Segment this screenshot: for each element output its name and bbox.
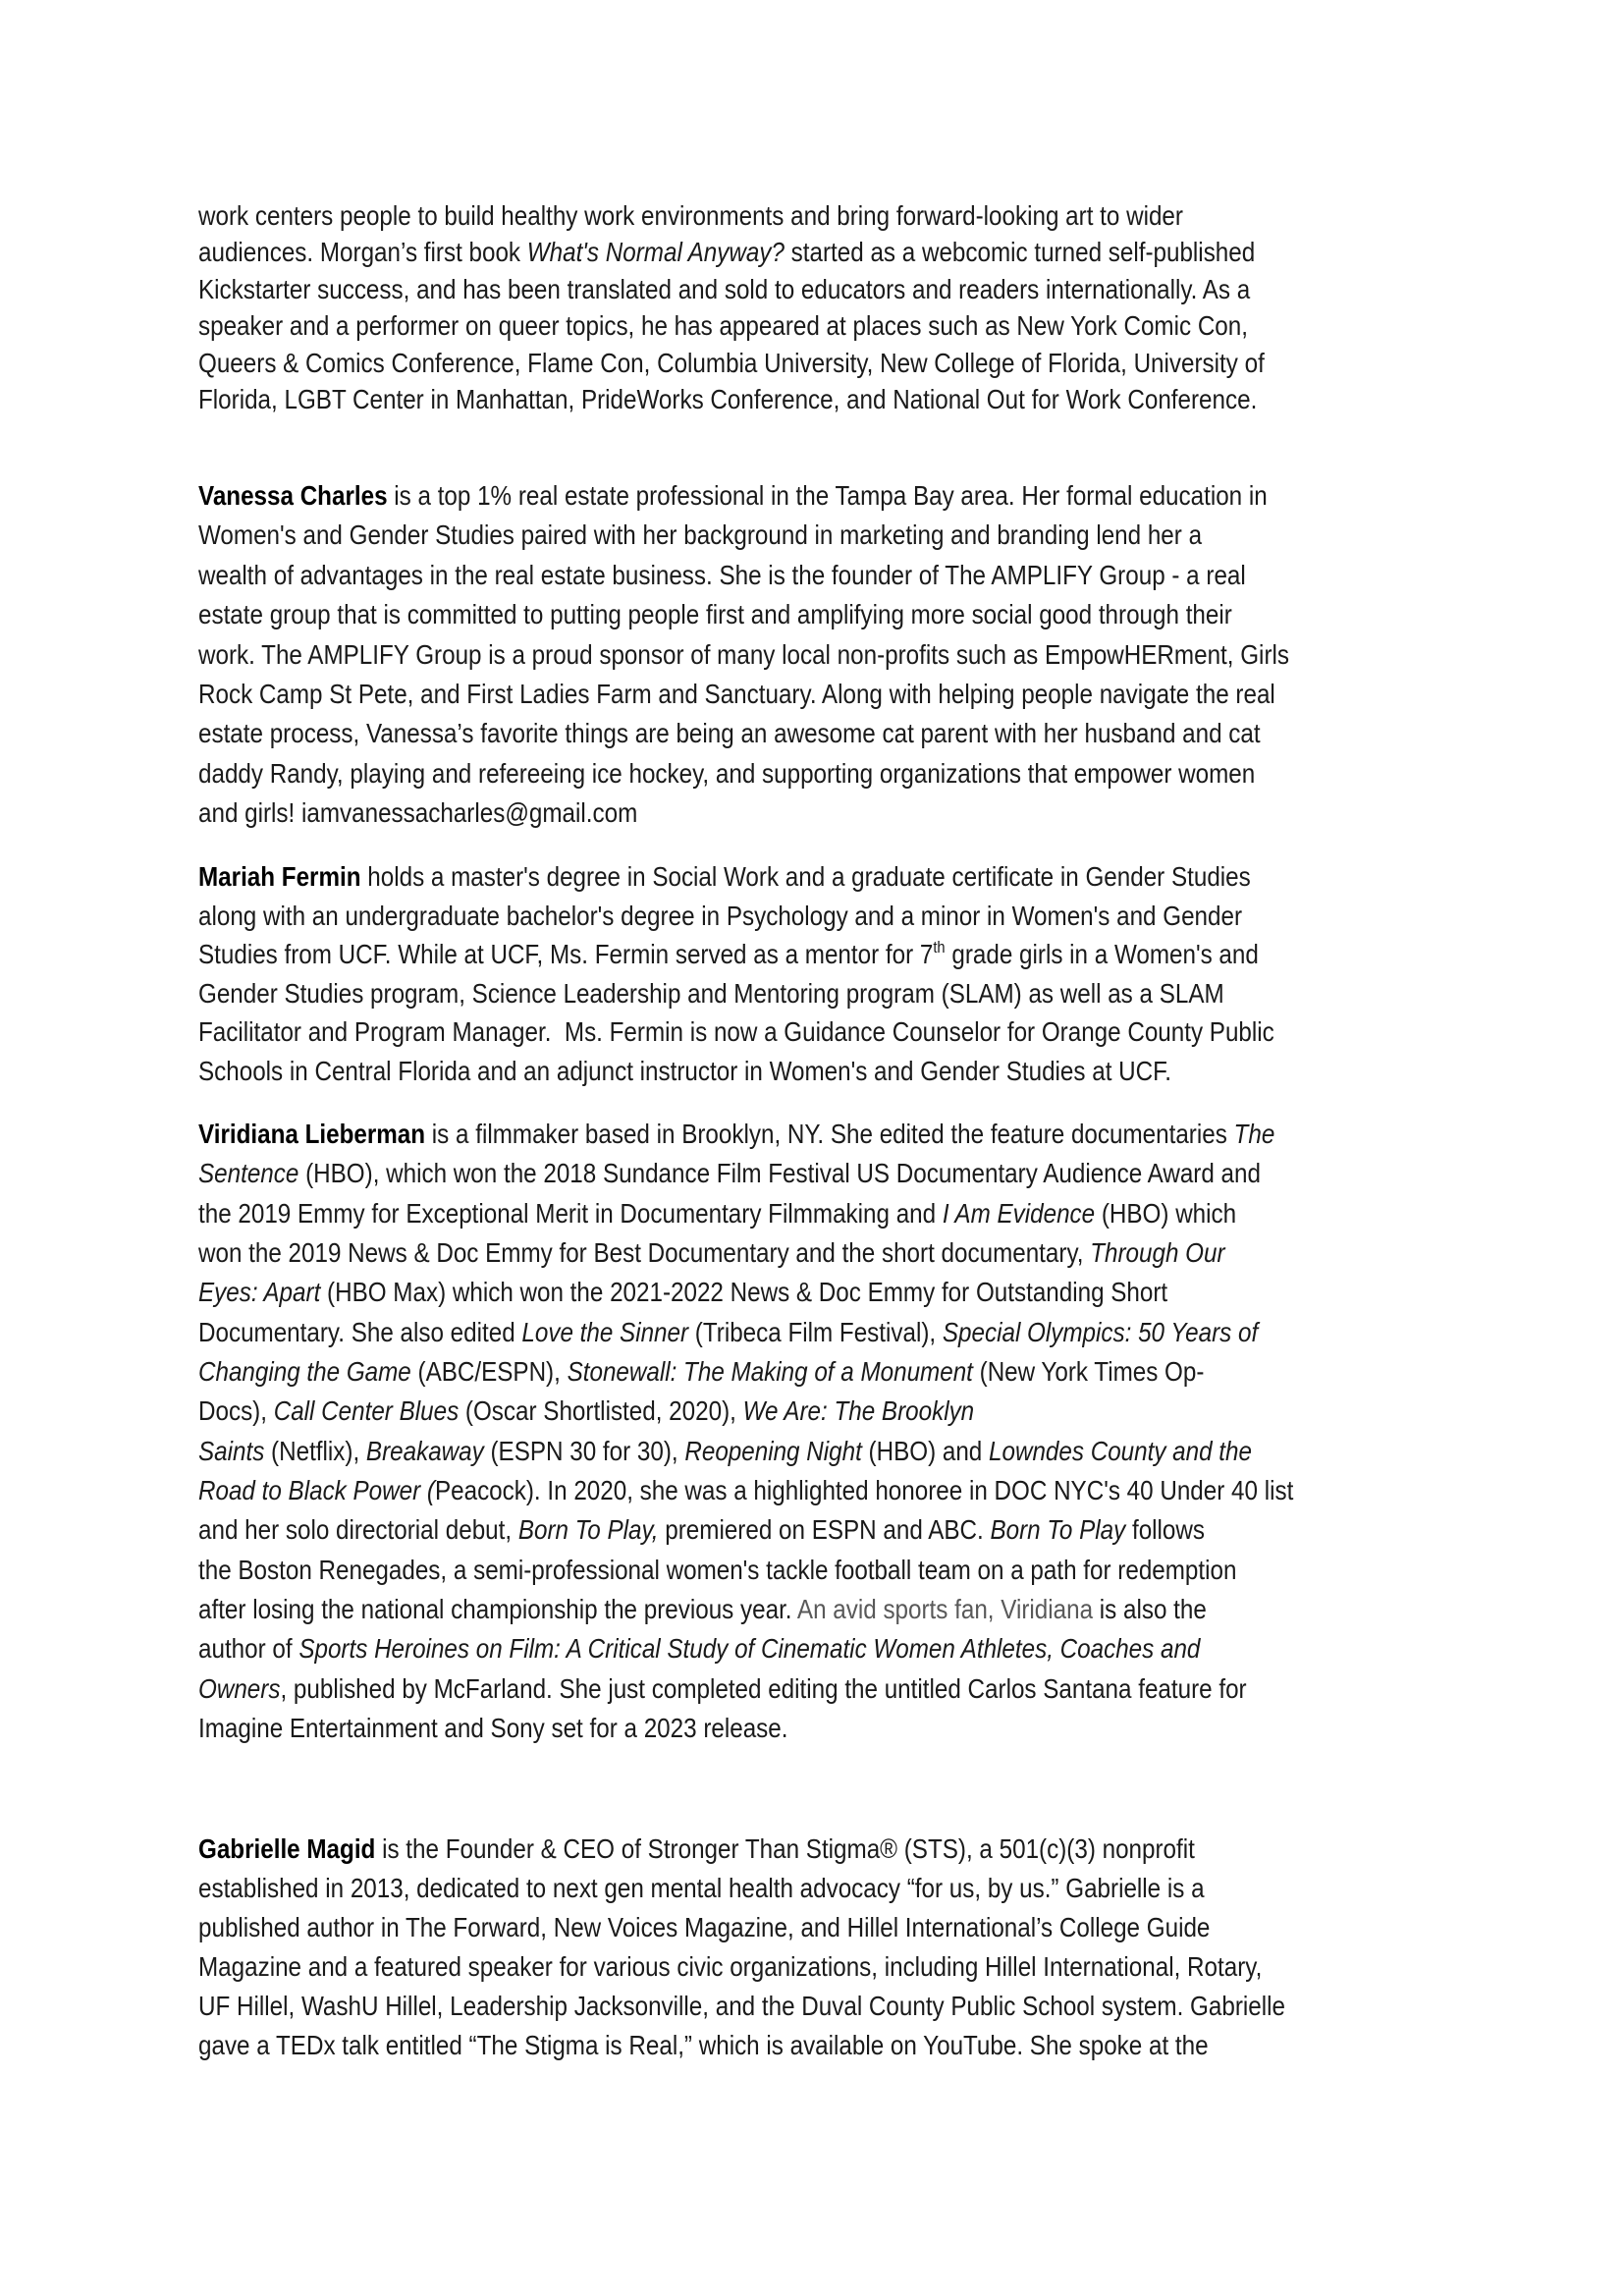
person-name: Gabrielle Magid: [198, 1833, 375, 1864]
text-run: audiences. Morgan’s first book: [198, 237, 527, 267]
title-italic: Owners: [198, 1673, 280, 1704]
text-run: the Boston Renegades, a semi-professiona…: [198, 1555, 1236, 1585]
text-run: Schools in Central Florida and an adjunc…: [198, 1056, 1171, 1086]
text-line: Saints (Netflix), Breakaway (ESPN 30 for…: [198, 1432, 1430, 1471]
text-run: (New York Times Op-: [973, 1356, 1205, 1387]
text-run: (HBO), which won the 2018 Sundance Film …: [298, 1158, 1261, 1188]
text-run: Kickstarter success, and has been transl…: [198, 274, 1250, 304]
text-line: and her solo directorial debut, Born To …: [198, 1510, 1430, 1550]
text-run: estate process, Vanessa’s favorite thing…: [198, 718, 1261, 748]
text-run: (ABC/ESPN),: [411, 1356, 568, 1387]
text-line: wealth of advantages in the real estate …: [198, 556, 1430, 595]
text-run: Documentary. She also edited: [198, 1317, 521, 1347]
text-run: published author in The Forward, New Voi…: [198, 1912, 1210, 1942]
title-italic: Breakaway: [366, 1436, 484, 1466]
title-italic: Born To Play,: [518, 1514, 659, 1545]
text-line: the 2019 Emmy for Exceptional Merit in D…: [198, 1194, 1430, 1233]
title-italic: Road to Black Power (: [198, 1475, 435, 1505]
text-run: gave a TEDx talk entitled “The Stigma is…: [198, 2030, 1209, 2060]
title-italic: Special Olympics: 50 Years of: [943, 1317, 1258, 1347]
text-line: Queers & Comics Conference, Flame Con, C…: [198, 345, 1430, 381]
text-run: is the Founder & CEO of Stronger Than St…: [375, 1833, 1195, 1864]
text-run: (HBO) and: [862, 1436, 989, 1466]
text-line: Documentary. She also edited Love the Si…: [198, 1313, 1430, 1352]
text-run: grade girls in a Women's and: [946, 939, 1259, 969]
person-name: Vanessa Charles: [198, 480, 388, 511]
text-line: and girls! iamvanessacharles@gmail.com: [198, 793, 1430, 833]
text-line: Imagine Entertainment and Sony set for a…: [198, 1709, 1430, 1748]
text-run: An avid sports fan, Viridiana: [797, 1594, 1093, 1624]
text-run: and girls! iamvanessacharles@gmail.com: [198, 797, 637, 828]
text-run: (HBO) which: [1095, 1198, 1236, 1229]
title-italic: Through Our: [1090, 1237, 1224, 1268]
text-line: Owners, published by McFarland. She just…: [198, 1669, 1430, 1709]
text-run: won the 2019 News & Doc Emmy for Best Do…: [198, 1237, 1090, 1268]
text-line: Rock Camp St Pete, and First Ladies Farm…: [198, 675, 1430, 714]
text-run: is a filmmaker based in Brooklyn, NY. Sh…: [425, 1119, 1233, 1149]
text-line: Viridiana Lieberman is a filmmaker based…: [198, 1115, 1430, 1154]
text-run: the 2019 Emmy for Exceptional Merit in D…: [198, 1198, 943, 1229]
text-run: follows: [1125, 1514, 1205, 1545]
superscript: th: [933, 938, 945, 957]
text-run: (ESPN 30 for 30),: [484, 1436, 685, 1466]
text-run: author of: [198, 1633, 298, 1664]
text-line: the Boston Renegades, a semi-professiona…: [198, 1551, 1430, 1590]
title-italic: Saints: [198, 1436, 264, 1466]
text-run: speaker and a performer on queer topics,…: [198, 310, 1248, 341]
text-line: speaker and a performer on queer topics,…: [198, 307, 1430, 344]
text-run: work. The AMPLIFY Group is a proud spons…: [198, 639, 1289, 670]
text-run: wealth of advantages in the real estate …: [198, 560, 1246, 590]
text-run: holds a master's degree in Social Work a…: [361, 861, 1251, 892]
text-run: after losing the national championship t…: [198, 1594, 797, 1624]
title-italic: Eyes: Apart: [198, 1277, 320, 1307]
text-run: started as a webcomic turned self-publis…: [785, 237, 1255, 267]
text-run: Women's and Gender Studies paired with h…: [198, 519, 1202, 550]
text-line: UF Hillel, WashU Hillel, Leadership Jack…: [198, 1987, 1430, 2026]
text-line: Changing the Game (ABC/ESPN), Stonewall:…: [198, 1352, 1430, 1392]
bio-paragraph-gabrielle-magid: Gabrielle Magid is the Founder & CEO of …: [198, 1830, 1430, 2065]
title-italic: Born To Play: [990, 1514, 1125, 1545]
title-italic: Reopening Night: [684, 1436, 861, 1466]
text-line: Florida, LGBT Center in Manhattan, Pride…: [198, 381, 1430, 417]
text-run: Florida, LGBT Center in Manhattan, Pride…: [198, 384, 1257, 414]
text-run: Docs),: [198, 1395, 274, 1426]
document-page: work centers people to build healthy wor…: [0, 0, 1624, 2296]
text-line: Road to Black Power (Peacock). In 2020, …: [198, 1471, 1430, 1510]
text-run: along with an undergraduate bachelor's d…: [198, 901, 1242, 931]
text-run: UF Hillel, WashU Hillel, Leadership Jack…: [198, 1991, 1285, 2021]
bio-paragraph-vanessa-charles: Vanessa Charles is a top 1% real estate …: [198, 476, 1430, 834]
text-line: Magazine and a featured speaker for vari…: [198, 1947, 1430, 1987]
title-italic: Stonewall: The Making of a Monument: [568, 1356, 973, 1387]
text-line: audiences. Morgan’s first book What's No…: [198, 234, 1430, 270]
text-line: Facilitator and Program Manager. Ms. Fer…: [198, 1012, 1430, 1052]
text-run: (Oscar Shortlisted, 2020),: [459, 1395, 742, 1426]
text-line: work. The AMPLIFY Group is a proud spons…: [198, 635, 1430, 675]
title-italic: Call Center Blues: [274, 1395, 459, 1426]
title-italic: Sports Heroines on Film: A Critical Stud…: [298, 1633, 1200, 1664]
text-line: Eyes: Apart (HBO Max) which won the 2021…: [198, 1273, 1430, 1312]
person-name: Viridiana Lieberman: [198, 1119, 425, 1149]
bio-paragraph-viridiana-lieberman: Viridiana Lieberman is a filmmaker based…: [198, 1115, 1430, 1748]
text-line: daddy Randy, playing and refereeing ice …: [198, 754, 1430, 793]
text-run: daddy Randy, playing and refereeing ice …: [198, 758, 1255, 789]
title-italic: What's Normal Anyway?: [527, 237, 785, 267]
text-line: Gabrielle Magid is the Founder & CEO of …: [198, 1830, 1430, 1869]
text-line: author of Sports Heroines on Film: A Cri…: [198, 1629, 1430, 1668]
text-run: Peacock). In 2020, she was a highlighted…: [435, 1475, 1293, 1505]
text-line: Women's and Gender Studies paired with h…: [198, 516, 1430, 555]
text-line: Gender Studies program, Science Leadersh…: [198, 974, 1430, 1013]
bio-paragraph-mariah-fermin: Mariah Fermin holds a master's degree in…: [198, 857, 1430, 1091]
text-line: gave a TEDx talk entitled “The Stigma is…: [198, 2026, 1430, 2065]
text-line: Sentence (HBO), which won the 2018 Sunda…: [198, 1154, 1430, 1193]
text-run: (HBO Max) which won the 2021-2022 News &…: [320, 1277, 1167, 1307]
text-run: is also the: [1093, 1594, 1207, 1624]
text-line: after losing the national championship t…: [198, 1590, 1430, 1629]
title-italic: Sentence: [198, 1158, 298, 1188]
text-line: Schools in Central Florida and an adjunc…: [198, 1052, 1430, 1091]
text-line: Kickstarter success, and has been transl…: [198, 271, 1430, 307]
bio-paragraph-morgan: work centers people to build healthy wor…: [198, 197, 1430, 417]
text-run: Gender Studies program, Science Leadersh…: [198, 978, 1224, 1009]
text-run: Magazine and a featured speaker for vari…: [198, 1951, 1262, 1982]
title-italic: The: [1234, 1119, 1275, 1149]
text-run: (Netflix),: [264, 1436, 366, 1466]
text-line: Vanessa Charles is a top 1% real estate …: [198, 476, 1430, 516]
text-run: and her solo directorial debut,: [198, 1514, 518, 1545]
title-italic: Lowndes County and the: [989, 1436, 1252, 1466]
text-run: , published by McFarland. She just compl…: [280, 1673, 1246, 1704]
text-line: Mariah Fermin holds a master's degree in…: [198, 857, 1430, 897]
text-run: established in 2013, dedicated to next g…: [198, 1873, 1205, 1903]
text-line: along with an undergraduate bachelor's d…: [198, 897, 1430, 936]
title-italic: Changing the Game: [198, 1356, 411, 1387]
text-line: Studies from UCF. While at UCF, Ms. Ferm…: [198, 935, 1430, 974]
text-run: is a top 1% real estate professional in …: [388, 480, 1268, 511]
person-name: Mariah Fermin: [198, 861, 361, 892]
text-line: established in 2013, dedicated to next g…: [198, 1869, 1430, 1908]
title-italic: We Are: The Brooklyn: [743, 1395, 975, 1426]
text-line: published author in The Forward, New Voi…: [198, 1908, 1430, 1947]
text-run: (Tribeca Film Festival),: [688, 1317, 943, 1347]
text-run: work centers people to build healthy wor…: [198, 200, 1183, 231]
title-italic: I Am Evidence: [943, 1198, 1095, 1229]
text-line: estate group that is committed to puttin…: [198, 595, 1430, 634]
text-run: Studies from UCF. While at UCF, Ms. Ferm…: [198, 939, 933, 969]
text-run: Rock Camp St Pete, and First Ladies Farm…: [198, 679, 1275, 709]
text-run: Facilitator and Program Manager. Ms. Fer…: [198, 1016, 1274, 1047]
text-run: Queers & Comics Conference, Flame Con, C…: [198, 348, 1265, 378]
text-line: Docs), Call Center Blues (Oscar Shortlis…: [198, 1392, 1430, 1431]
text-run: premiered on ESPN and ABC.: [659, 1514, 991, 1545]
text-run: Imagine Entertainment and Sony set for a…: [198, 1713, 787, 1743]
text-line: work centers people to build healthy wor…: [198, 197, 1430, 234]
text-line: estate process, Vanessa’s favorite thing…: [198, 714, 1430, 753]
title-italic: Love the Sinner: [521, 1317, 688, 1347]
text-run: estate group that is committed to puttin…: [198, 599, 1232, 629]
text-line: won the 2019 News & Doc Emmy for Best Do…: [198, 1233, 1430, 1273]
